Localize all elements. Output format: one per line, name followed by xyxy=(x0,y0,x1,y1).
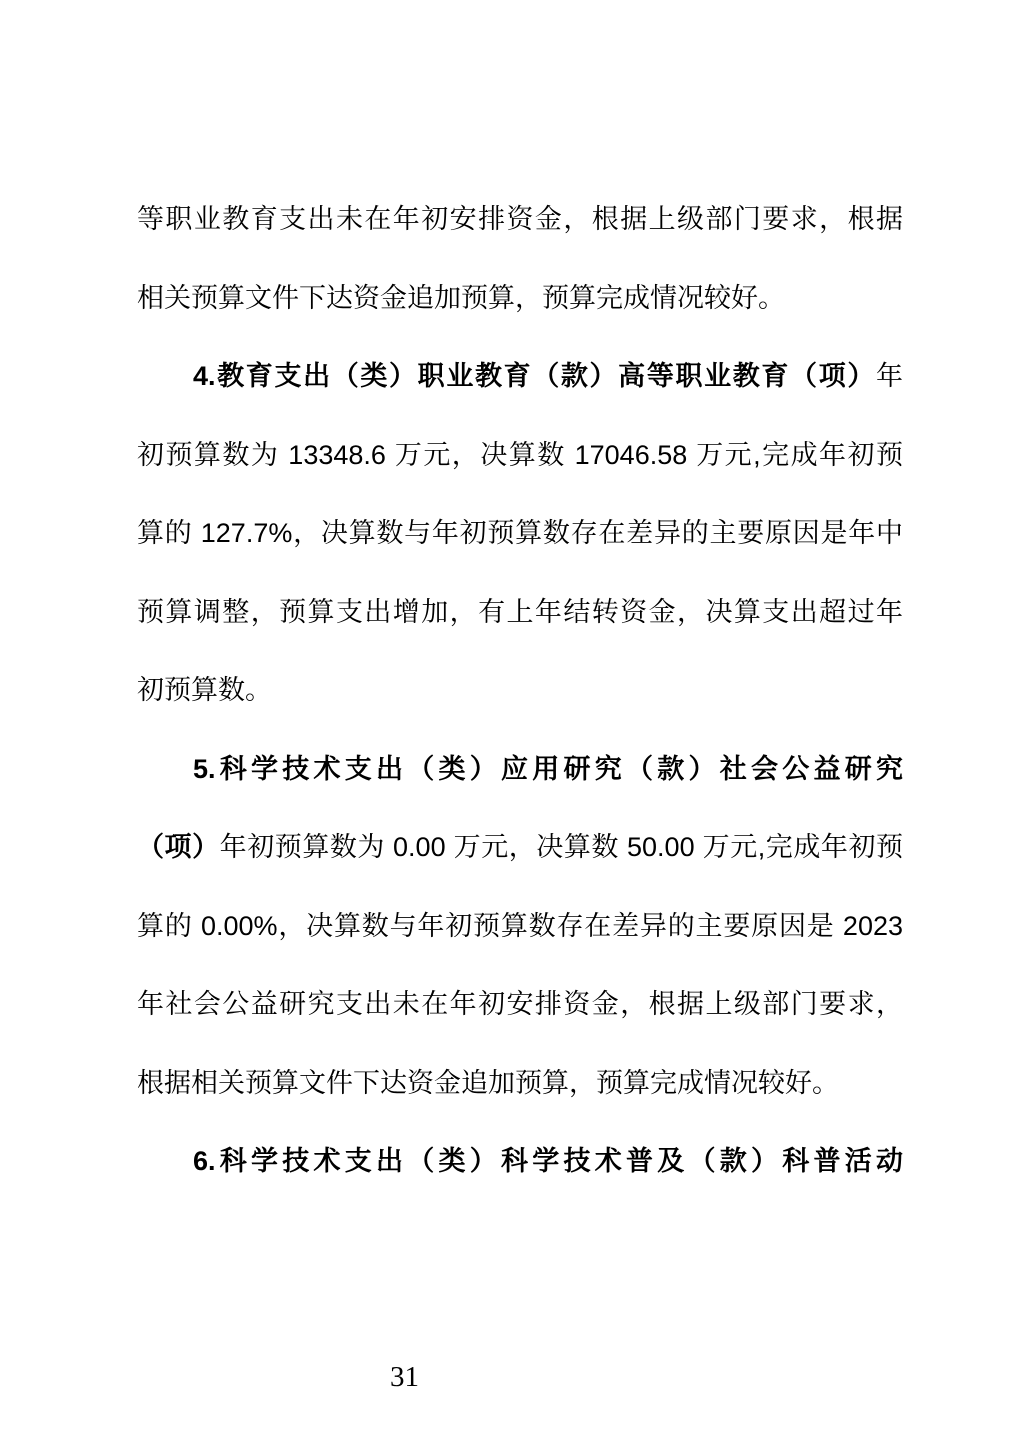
text-segment: 根据相关预算文件下达资金追加预算，预算完成情况较好。 xyxy=(137,1068,839,1098)
body-line-10: 算的 0.00%，决算数与年初预算数存在差异的主要原因是 2023 xyxy=(137,887,903,966)
text-segment: 年初预算数为 0.00 万元，决算数 50.00 万元,完成年初预 xyxy=(220,832,903,862)
section-heading-line-5: 5.科学技术支出（类）应用研究（款）社会公益研究 xyxy=(137,730,903,809)
body-line-7: 初预算数。 xyxy=(137,651,903,730)
body-line-9: （项）年初预算数为 0.00 万元，决算数 50.00 万元,完成年初预 xyxy=(137,808,903,887)
text-segment: 预算调整，预算支出增加，有上年结转资金，决算支出超过年 xyxy=(137,597,903,627)
body-text-block: 等职业教育支出未在年初安排资金，根据上级部门要求，根据 相关预算文件下达资金追加… xyxy=(137,180,903,1201)
text-segment: 初预算数为 13348.6 万元，决算数 17046.58 万元,完成年初预 xyxy=(137,440,903,470)
text-segment: 等职业教育支出未在年初安排资金，根据上级部门要求，根据 xyxy=(137,204,903,234)
text-segment: 相关预算文件下达资金追加预算，预算完成情况较好。 xyxy=(137,283,785,313)
text-segment: 年 xyxy=(876,361,903,391)
body-line-11: 年社会公益研究支出未在年初安排资金，根据上级部门要求， xyxy=(137,965,903,1044)
body-line-12: 根据相关预算文件下达资金追加预算，预算完成情况较好。 xyxy=(137,1044,903,1123)
body-line-1: 等职业教育支出未在年初安排资金，根据上级部门要求，根据 xyxy=(137,180,903,259)
body-line-6: 预算调整，预算支出增加，有上年结转资金，决算支出超过年 xyxy=(137,573,903,652)
body-line-5: 算的 127.7%，决算数与年初预算数存在差异的主要原因是年中 xyxy=(137,494,903,573)
bold-segment: （项） xyxy=(137,832,220,862)
bold-segment: 4.教育支出（类）职业教育（款）高等职业教育（项） xyxy=(193,361,876,391)
document-page: 等职业教育支出未在年初安排资金，根据上级部门要求，根据 相关预算文件下达资金追加… xyxy=(0,0,1024,1448)
text-segment: 算的 0.00%，决算数与年初预算数存在差异的主要原因是 2023 xyxy=(137,911,903,941)
bold-segment: 6.科学技术支出（类）科学技术普及（款）科普活动 xyxy=(193,1146,903,1176)
text-segment: 算的 127.7%，决算数与年初预算数存在差异的主要原因是年中 xyxy=(137,518,903,548)
section-heading-line-4: 4.教育支出（类）职业教育（款）高等职业教育（项）年 xyxy=(137,337,903,416)
text-segment: 年社会公益研究支出未在年初安排资金，根据上级部门要求， xyxy=(137,989,903,1019)
bold-segment: 5.科学技术支出（类）应用研究（款）社会公益研究 xyxy=(193,754,903,784)
body-line-4: 初预算数为 13348.6 万元，决算数 17046.58 万元,完成年初预 xyxy=(137,416,903,495)
page-number: 31 xyxy=(390,1358,419,1396)
body-line-2: 相关预算文件下达资金追加预算，预算完成情况较好。 xyxy=(137,259,903,338)
section-heading-line-6: 6.科学技术支出（类）科学技术普及（款）科普活动 xyxy=(137,1122,903,1201)
text-segment: 初预算数。 xyxy=(137,675,272,705)
